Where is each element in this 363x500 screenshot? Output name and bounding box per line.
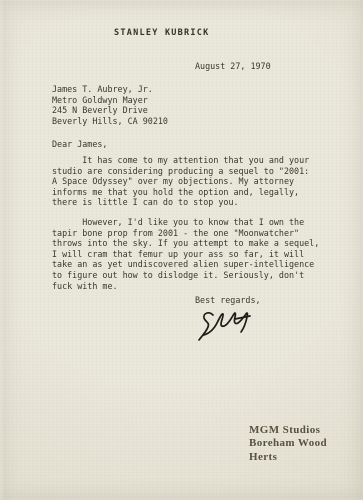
body-paragraph-1: It has come to my attention that you and…: [52, 155, 309, 208]
letterhead-footer-address: MGM Studios Boreham Wood Herts: [249, 424, 327, 464]
salutation: Dear James,: [52, 139, 107, 150]
recipient-address-block: James T. Aubrey, Jr. Metro Goldwyn Mayer…: [52, 84, 168, 126]
body-paragraph-2: However, I'd like you to know that I own…: [52, 217, 319, 291]
letter-page: STANLEY KUBRICK August 27, 1970 James T.…: [0, 0, 363, 500]
closing-line: Best regards,: [195, 295, 261, 306]
letterhead-name: STANLEY KUBRICK: [114, 28, 210, 39]
signature-handwriting: [196, 309, 254, 345]
date-line: August 27, 1970: [195, 61, 271, 72]
